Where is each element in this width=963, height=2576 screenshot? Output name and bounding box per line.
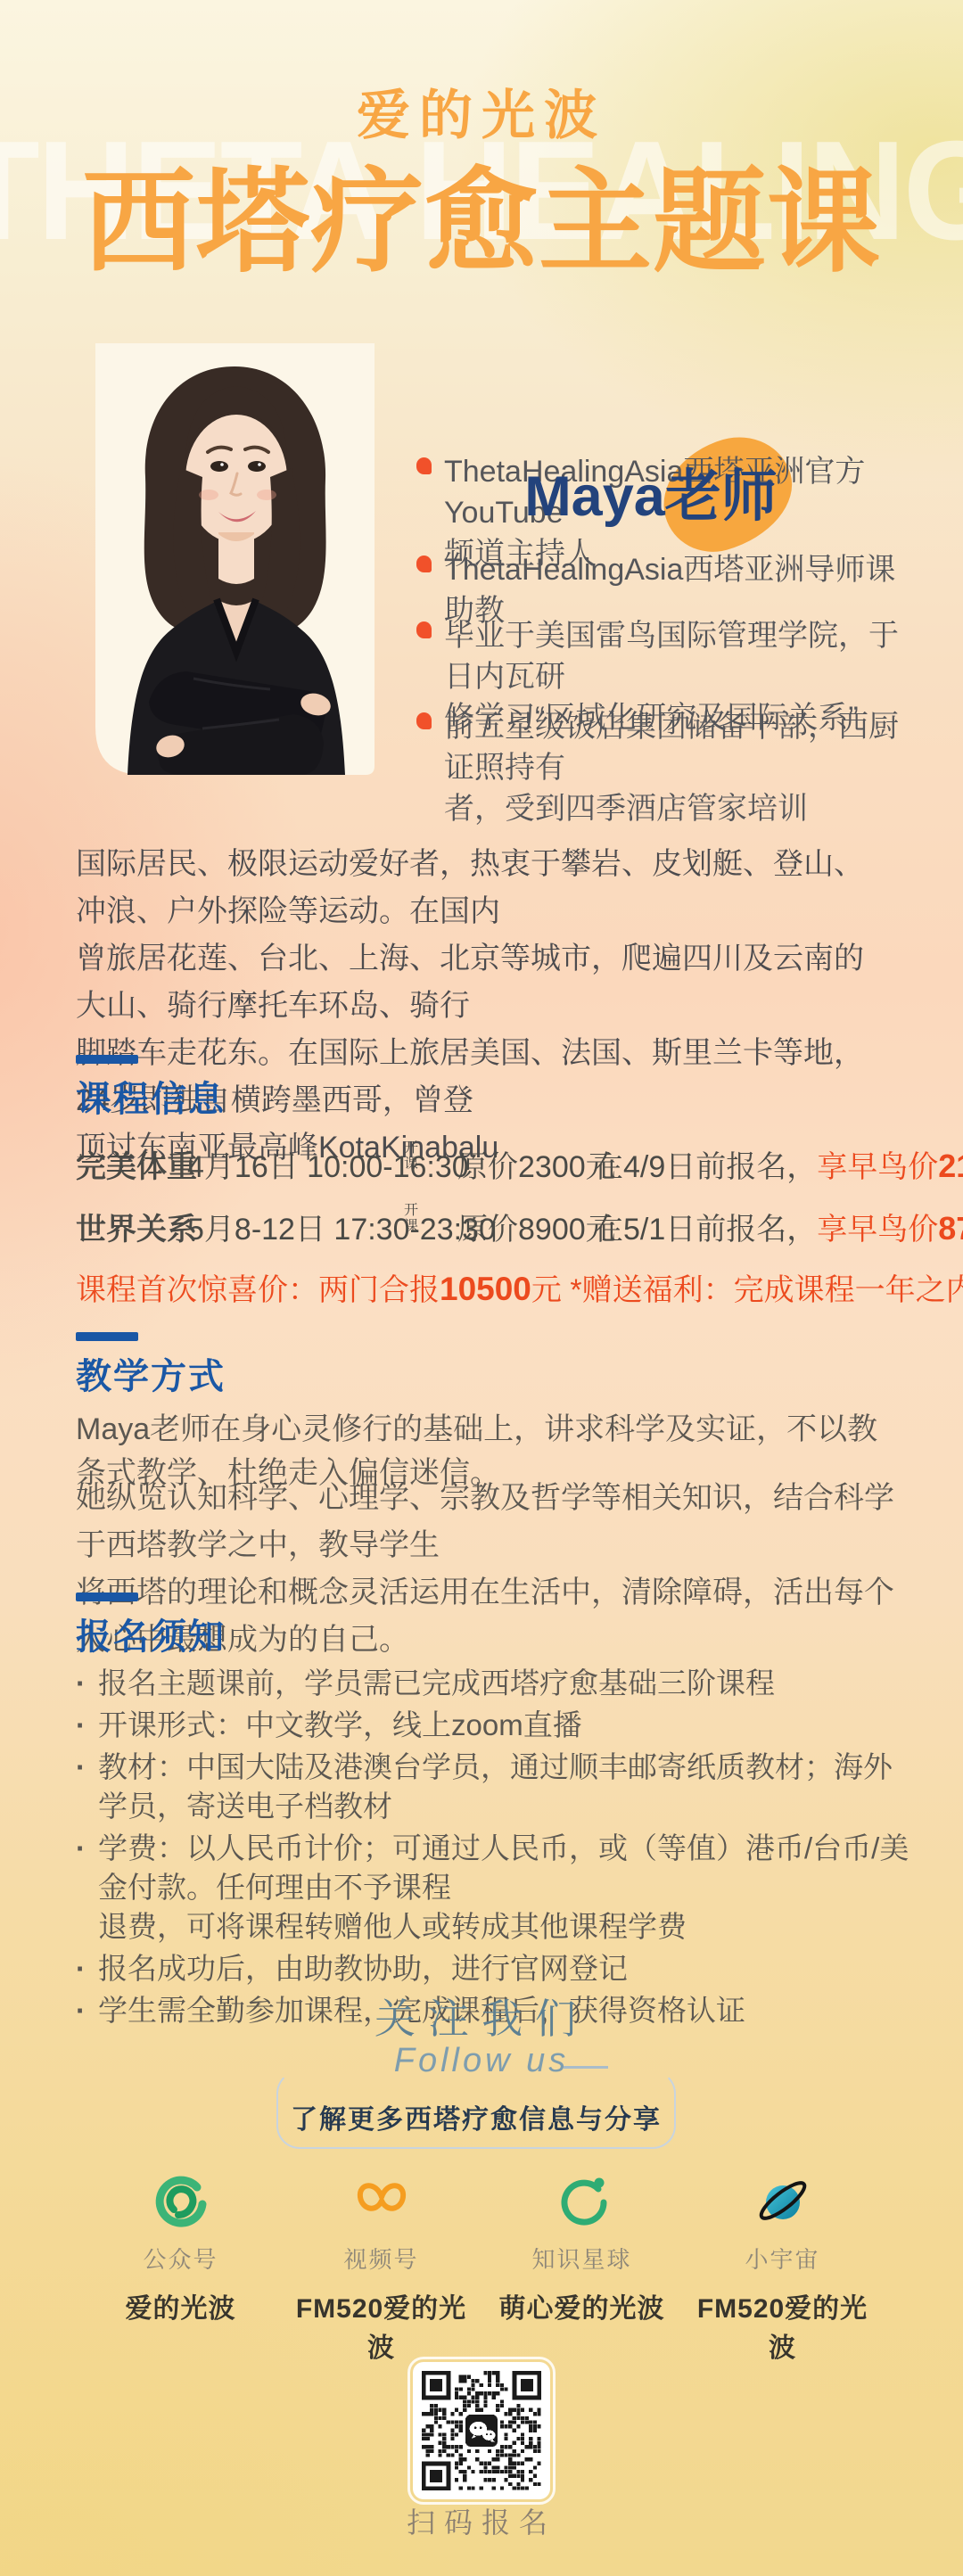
course-original-price: 原价2300元 (457, 1142, 616, 1186)
poster-title: 西塔疗愈主题课 (0, 132, 963, 294)
course-row: 世界关系 5月8-12日 17:30-23:30 开课 原价8900元 在5/1… (76, 1205, 914, 1246)
teacher-photo-illustration (95, 343, 374, 775)
teacher-credential: 前五星级饭店集团储备干部，西厨证照持有 者，受到四季酒店管家培训 (444, 706, 911, 829)
course-deadline: 在4/9日前报名，享早鸟价2100元 (593, 1142, 963, 1186)
course-schedule: 4月16日 10:00-16:30 (187, 1142, 469, 1186)
bullet-marker-icon (416, 621, 432, 638)
follow-us-subheading: Follow us (0, 2042, 963, 2080)
notice-text: 开课形式：中文教学，线上zoom直播 (98, 1706, 582, 1745)
early-bird-label: 享早鸟价 (817, 1213, 938, 1247)
follow-us-heading: 关注我们 (0, 1987, 963, 2045)
notice-item: 报名主题课前，学员需已完成西塔疗愈基础三阶课程 (76, 1664, 914, 1703)
section-dash (76, 1055, 138, 1064)
channel-platform: 知识星球 (490, 2242, 673, 2275)
promo-bonus: *赠送福利：完成课程一年之内免费复训（不限次数） (562, 1273, 963, 1307)
bullet-marker-icon (416, 712, 432, 729)
notice-item: 教材：中国大陆及港澳台学员，通过顺丰邮寄纸质教材；海外学员，寄送电子档教材 (76, 1748, 914, 1826)
channel-account: 爱的光波 (89, 2286, 272, 2325)
promo-prefix: 课程首次惊喜价：两门合报 (76, 1273, 440, 1307)
channel-wechat-video: 视频号 FM520爱的光波 (290, 2172, 473, 2365)
wechat-official-icon (89, 2172, 272, 2231)
xiaoyuzhou-icon (691, 2172, 874, 2231)
follow-info-text: 了解更多西塔疗愈信息与分享 (276, 2097, 676, 2136)
section-heading-course-info: 课程信息 (76, 1071, 226, 1122)
follow-divider-line (564, 2066, 608, 2069)
course-row: 完美体重 4月16日 10:00-16:30 开课 原价2300元 在4/9日前… (76, 1142, 914, 1183)
channel-platform: 小宇宙 (691, 2242, 874, 2275)
early-bird-price: 享早鸟价8700元 (817, 1213, 963, 1247)
signup-qr-code (413, 2362, 550, 2499)
qr-caption: 扫码报名 (0, 2500, 963, 2541)
course-schedule: 5月8-12日 17:30-23:30 (187, 1205, 496, 1248)
deadline-text: 在5/1日前报名， (593, 1213, 817, 1247)
wechat-channels-icon (290, 2172, 473, 2231)
early-bird-amount: 8700 (938, 1210, 963, 1247)
early-bird-price: 享早鸟价2100元 (817, 1150, 963, 1184)
teacher-photo (95, 343, 374, 775)
bullet-marker-icon (416, 457, 432, 474)
notice-text: 报名主题课前，学员需已完成西塔疗愈基础三阶课程 (98, 1664, 775, 1703)
early-bird-label: 享早鸟价 (817, 1150, 938, 1184)
notice-item: 报名成功后，由助教协助，进行官网登记 (76, 1949, 914, 1988)
notice-item: 学费：以人民币计价；可通过人民币，或（等值）港币/台币/美金付款。任何理由不予课… (76, 1829, 914, 1946)
teacher-intro-paragraph: 国际居民、极限运动爱好者，热衷于攀岩、皮划艇、登山、冲浪、户外探险等运动。在国内… (76, 841, 887, 1172)
course-original-price: 原价8900元 (457, 1205, 616, 1248)
social-channels: 公众号 爱的光波 视频号 FM520爱的光波 知识星球 萌心爱的光波 (89, 2172, 874, 2365)
channel-wechat-official: 公众号 爱的光波 (89, 2172, 272, 2365)
channel-account: 萌心爱的光波 (490, 2286, 673, 2325)
channel-platform: 公众号 (89, 2242, 272, 2275)
promo-price: 10500 (440, 1271, 531, 1307)
deadline-text: 在4/9日前报名， (593, 1150, 817, 1184)
course-name: 世界关系 (76, 1205, 197, 1248)
course-start-tag: 开课 (404, 1140, 421, 1173)
channel-platform: 视频号 (290, 2242, 473, 2275)
bullet-marker-icon (416, 556, 432, 572)
early-bird-amount: 2100 (938, 1148, 963, 1184)
channel-xiaoyuzhou: 小宇宙 FM520爱的光波 (691, 2172, 874, 2365)
notice-text: 报名成功后，由助教协助，进行官网登记 (98, 1949, 628, 1988)
section-dash (76, 1332, 138, 1341)
notice-text: 教材：中国大陆及港澳台学员，通过顺丰邮寄纸质教材；海外学员，寄送电子档教材 (98, 1748, 914, 1826)
channel-zhishixingqiu: 知识星球 萌心爱的光波 (490, 2172, 673, 2365)
section-heading-notice: 报名须知 (76, 1609, 226, 1659)
channel-account: FM520爱的光波 (691, 2286, 874, 2365)
course-name: 完美体重 (76, 1142, 197, 1186)
course-poster: THETA HEALING 爱的光波 西塔疗愈主题课 (0, 0, 963, 2576)
bundle-promo-line: 课程首次惊喜价：两门合报10500元 *赠送福利：完成课程一年之内免费复训（不限… (76, 1265, 932, 1309)
notice-text: 学费：以人民币计价；可通过人民币，或（等值）港币/台币/美金付款。任何理由不予课… (98, 1829, 914, 1946)
section-heading-teaching: 教学方式 (76, 1348, 226, 1399)
course-start-tag: 开课 (404, 1203, 421, 1235)
zhishixingqiu-icon (490, 2172, 673, 2231)
course-deadline: 在5/1日前报名，享早鸟价8700元 (593, 1205, 963, 1248)
teacher-name: Maya老师 (481, 451, 820, 532)
promo-unit: 元 (531, 1273, 562, 1307)
notice-item: 开课形式：中文教学，线上zoom直播 (76, 1706, 914, 1745)
section-dash (76, 1593, 138, 1601)
channel-account: FM520爱的光波 (290, 2286, 473, 2365)
notice-list: 报名主题课前，学员需已完成西塔疗愈基础三阶课程 开课形式：中文教学，线上zoom… (76, 1664, 914, 2033)
